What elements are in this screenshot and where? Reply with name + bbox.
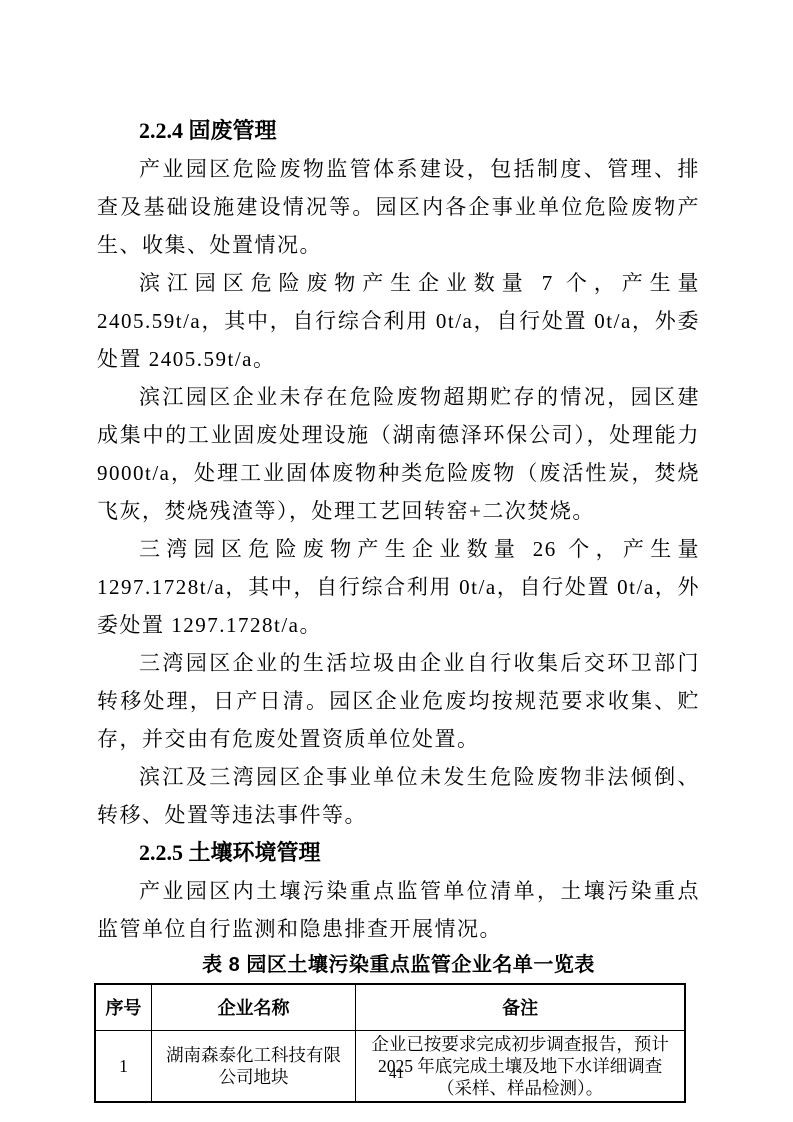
paragraph-sanwan-domestic-garbage: 三湾园区企业的生活垃圾由企业自行收集后交环卫部门转移处理，日产日清。园区企业危废…: [97, 644, 700, 758]
section-heading-2-2-5: 2.2.5 土壤环境管理: [97, 834, 700, 872]
table-header-remark: 备注: [356, 984, 685, 1031]
paragraph-binjiang-waste-volume: 滨江园区危险废物产生企业数量 7 个，产生量 2405.59t/a，其中，自行综…: [97, 264, 700, 378]
paragraph-no-illegal-events: 滨江及三湾园区企事业单位未发生危险废物非法倾倒、转移、处置等违法事件等。: [97, 758, 700, 834]
paragraph-sanwan-waste-volume: 三湾园区危险废物产生企业数量 26 个，产生量 1297.1728t/a，其中，…: [97, 530, 700, 644]
soil-supervision-table: 序号 企业名称 备注 1 湖南森泰化工科技有限公司地块 企业已按要求完成初步调查…: [94, 983, 686, 1103]
paragraph-binjiang-treatment-facility: 滨江园区企业未存在危险废物超期贮存的情况，园区建成集中的工业固废处理设施（湖南德…: [97, 378, 700, 530]
table-header-index: 序号: [95, 984, 151, 1031]
paragraph-soil-supervision-list: 产业园区内土壤污染重点监管单位清单，土壤污染重点监管单位自行监测和隐患排查开展情…: [97, 872, 700, 948]
table-8-caption: 表 8 园区土壤污染重点监管企业名单一览表: [97, 949, 700, 981]
table-header-row: 序号 企业名称 备注: [95, 984, 685, 1031]
document-page: 2.2.4 固废管理 产业园区危险废物监管体系建设，包括制度、管理、排查及基础设…: [0, 0, 793, 1122]
page-number: 41: [0, 1064, 793, 1084]
table-header-company-name: 企业名称: [151, 984, 355, 1031]
page-content: 2.2.4 固废管理 产业园区危险废物监管体系建设，包括制度、管理、排查及基础设…: [97, 112, 700, 1103]
section-heading-2-2-4: 2.2.4 固废管理: [97, 112, 700, 150]
paragraph-hazardous-waste-system: 产业园区危险废物监管体系建设，包括制度、管理、排查及基础设施建设情况等。园区内各…: [97, 150, 700, 264]
